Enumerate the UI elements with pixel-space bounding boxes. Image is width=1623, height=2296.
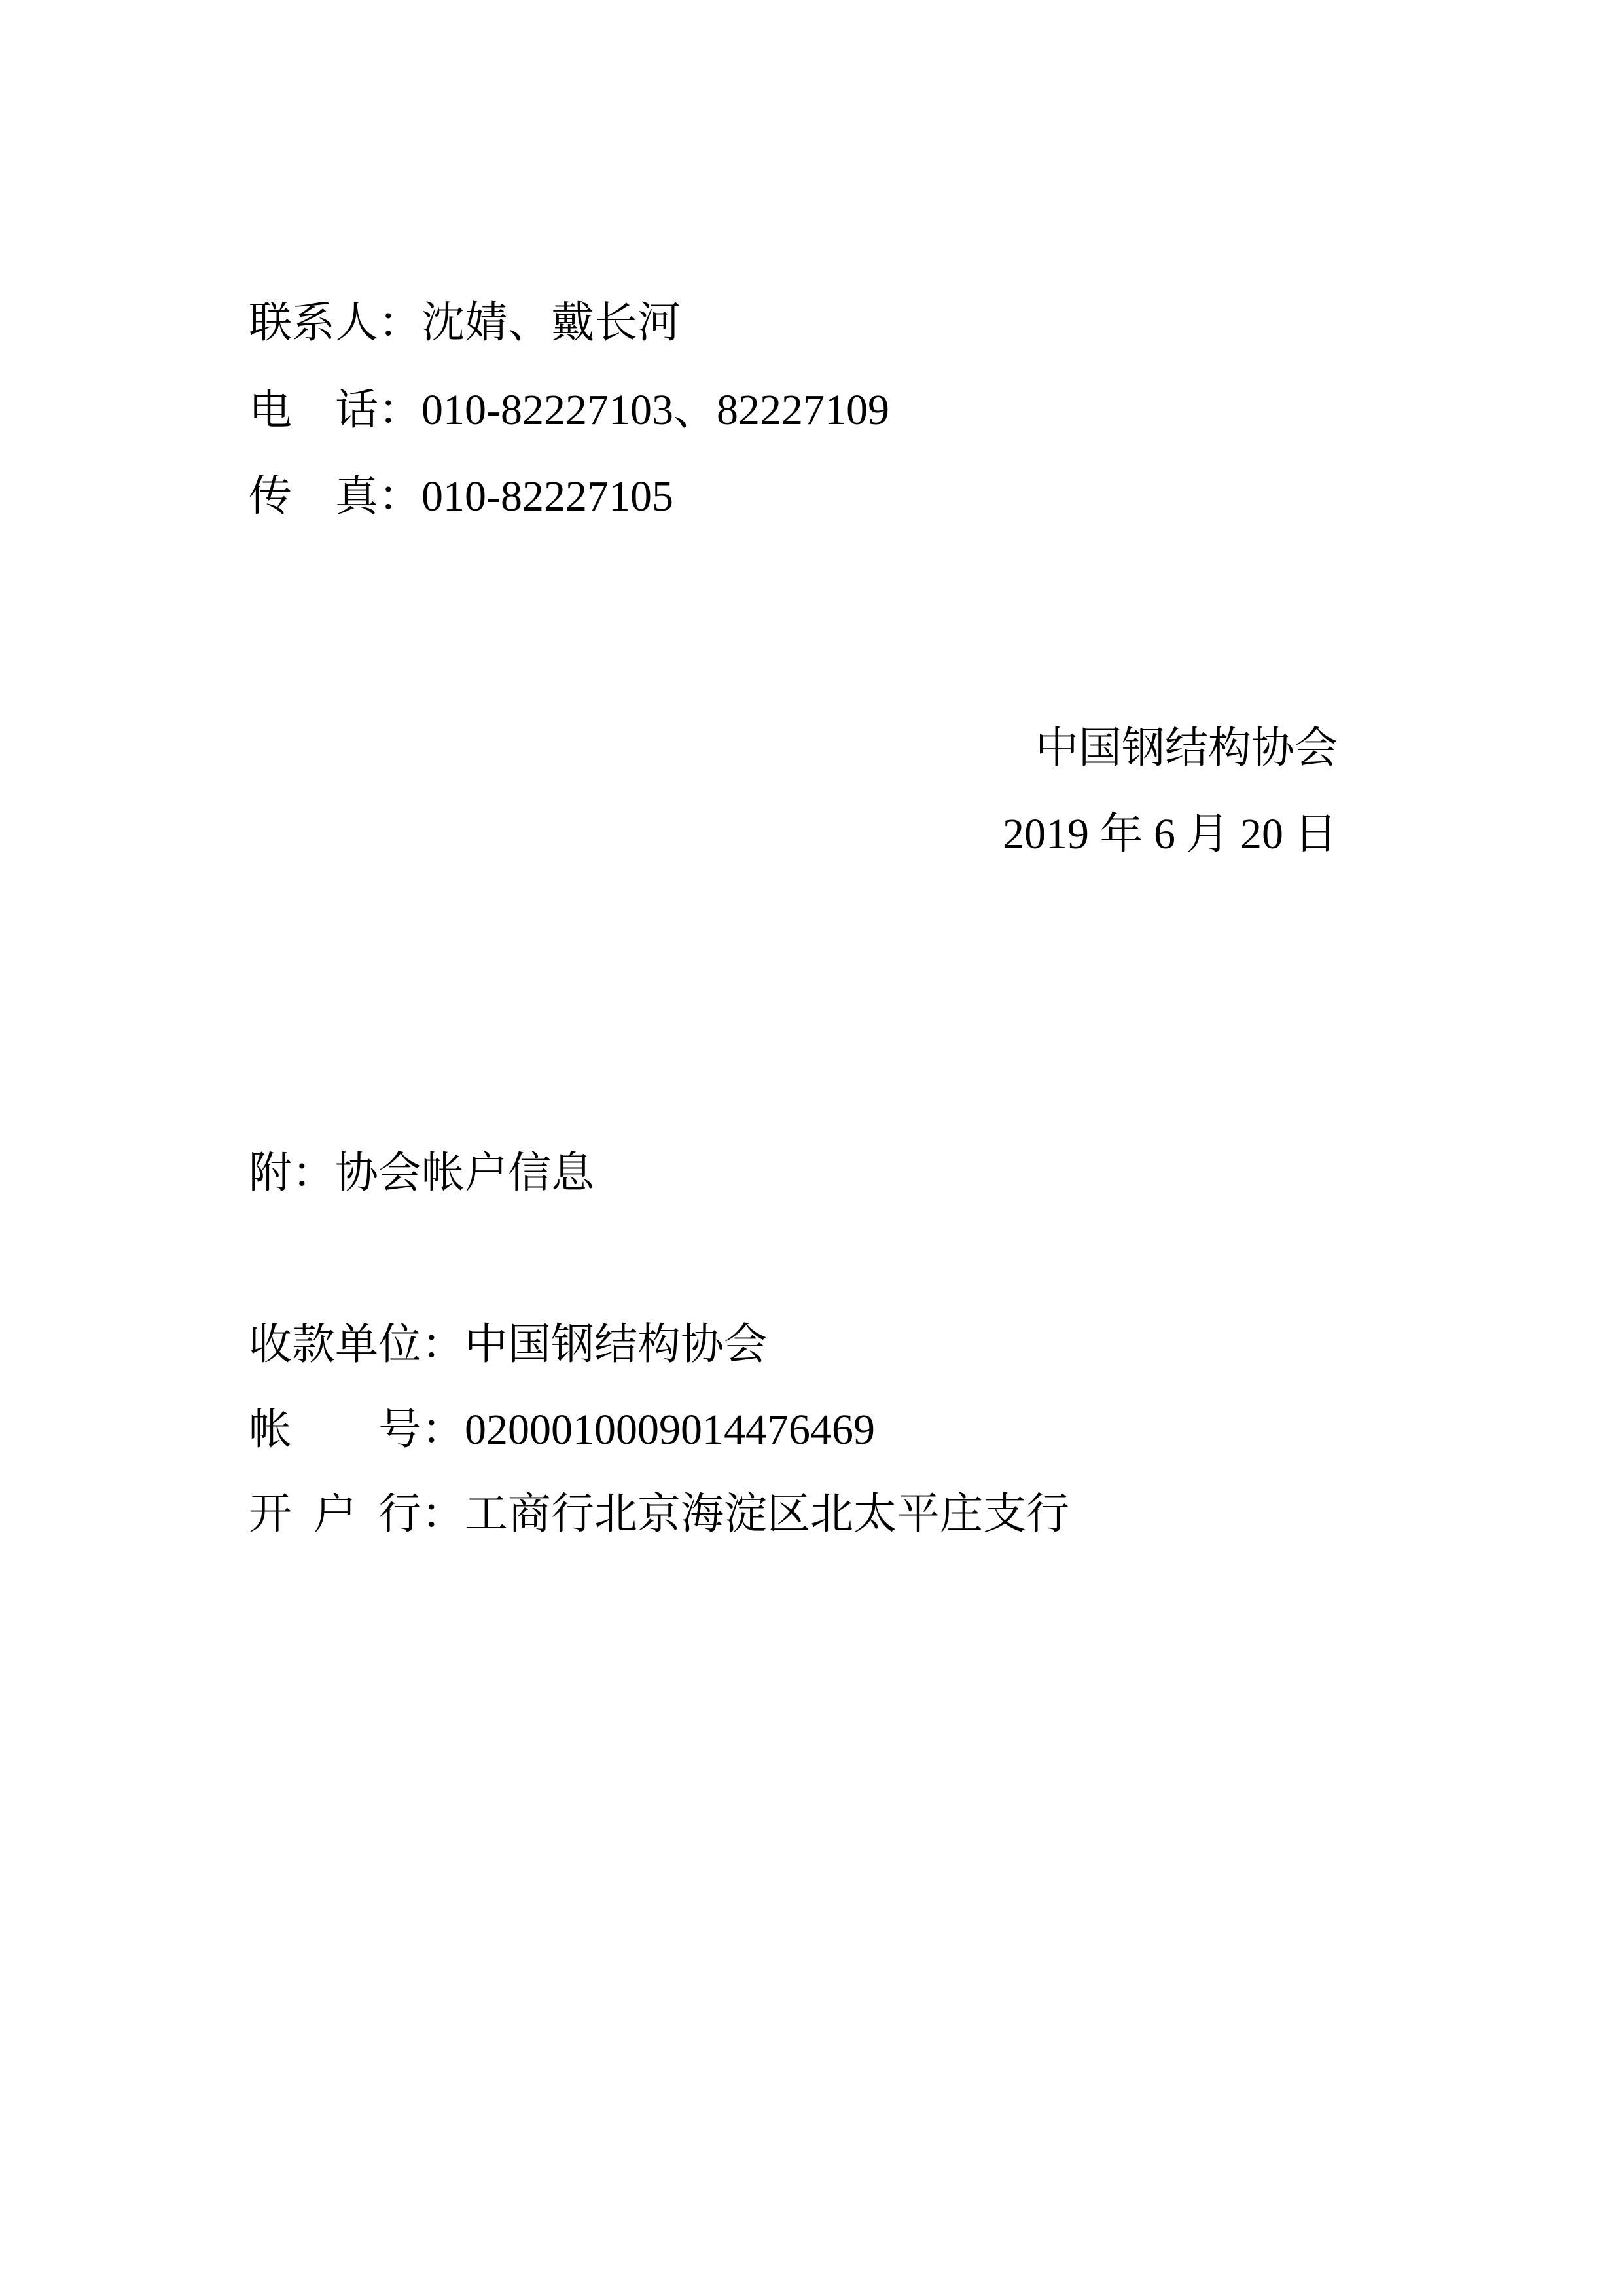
account-number-value: 0200010009014476469 bbox=[465, 1406, 875, 1454]
bank-value: 工商行北京海淀区北太平庄支行 bbox=[465, 1490, 1069, 1538]
date-line: 2019 年 6 月 20 日 bbox=[1003, 813, 1338, 856]
fax-label: 传真 bbox=[249, 475, 378, 518]
phone-value: 010-82227103、82227109 bbox=[421, 386, 889, 434]
colon-separator: ： bbox=[378, 475, 421, 518]
payee-value: 中国钢结构协会 bbox=[465, 1321, 767, 1369]
contact-person-line: 联系人：沈婧、戴长河 bbox=[249, 302, 681, 345]
account-number-line: 帐号：0200010009014476469 bbox=[249, 1408, 875, 1452]
organization-name: 中国钢结构协会 bbox=[1035, 727, 1338, 770]
fax-line: 传真：010-82227105 bbox=[249, 475, 673, 518]
contact-person-value: 沈婧、戴长河 bbox=[421, 299, 681, 347]
fax-value: 010-82227105 bbox=[421, 473, 673, 520]
colon-separator: ： bbox=[378, 389, 421, 432]
colon-separator: ： bbox=[421, 1408, 465, 1452]
account-number-label: 帐号 bbox=[249, 1408, 421, 1452]
phone-line: 电话：010-82227103、82227109 bbox=[249, 389, 889, 432]
document-page: 联系人：沈婧、戴长河 电话：010-82227103、82227109 传真：0… bbox=[0, 0, 1623, 2296]
payee-label: 收款单位 bbox=[249, 1323, 421, 1367]
payee-line: 收款单位：中国钢结构协会 bbox=[249, 1323, 767, 1367]
bank-label: 开户行 bbox=[249, 1493, 421, 1536]
phone-label: 电话 bbox=[249, 389, 378, 432]
colon-separator: ： bbox=[378, 302, 421, 345]
attachment-heading: 附：协会帐户信息 bbox=[249, 1152, 594, 1195]
bank-line: 开户行：工商行北京海淀区北太平庄支行 bbox=[249, 1493, 1069, 1536]
colon-separator: ： bbox=[421, 1493, 465, 1536]
contact-person-label: 联系人 bbox=[249, 302, 378, 345]
colon-separator: ： bbox=[421, 1323, 465, 1367]
